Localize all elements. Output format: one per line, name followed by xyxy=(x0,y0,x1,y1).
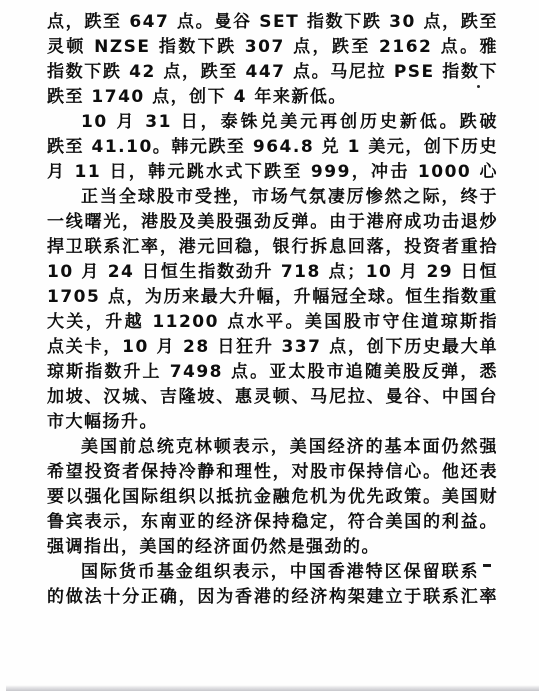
scan-edge-shadow xyxy=(6,685,539,691)
text-line: 加坡、汉城、吉隆坡、惠灵顿、马尼拉、曼谷、中国台北等地股 xyxy=(47,385,498,410)
degraded-character: 汇 xyxy=(480,560,499,585)
text-line: 的做法十分正确，因为香港的经济构架建立于联系汇率之 xyxy=(47,585,498,610)
text-line: 市大幅扬升。 xyxy=(47,410,498,435)
scanned-book-page: 点，跌至 647 点。曼谷 SET 指数下跌 30 点，跌至 460 点。惠 灵… xyxy=(0,0,539,691)
text-line: 指数下跌 42 点，跌至 447 点。马尼拉 PSE 指数下跌 117 点， xyxy=(47,60,498,85)
text-line: 10 月 24 日恒生指数劲升 718 点；10 月 29 日恒生指数劲升 xyxy=(47,260,498,285)
text-line: 一线曙光，港股及美股强劲反弹。由于港府成功击退炒家， xyxy=(47,210,498,235)
body-text: 点，跌至 647 点。曼谷 SET 指数下跌 30 点，跌至 460 点。惠 灵… xyxy=(47,10,498,610)
text-line: 美国前总统克林顿表示，美国经济的基本面仍然强劲， xyxy=(47,435,498,460)
text-line: 鲁宾表示，东南亚的经济保持稳定，符合美国的利益。他还 xyxy=(47,510,498,535)
text-line: 1705 点，为历来最大升幅，升幅冠全球。恒生指数重上万点 xyxy=(47,285,498,310)
text-line: 跌至 1740 点，创下 4 年来新低。 xyxy=(47,85,498,110)
ink-speck-artifact xyxy=(477,85,480,88)
text-line: 琼斯指数升上 7498 点。亚太股市追随美股反弹，悉尼、新 xyxy=(47,360,498,385)
text-line: 正当全球股市受挫，市场气氛凄厉惨然之际，终于露出 xyxy=(47,185,498,210)
text-line-degraded-print: 国际货币基金组织表示，中国香港特区保留联系汇率 xyxy=(47,560,498,585)
text-line: 月 11 日，韩元跳水式下跌至 999，冲击 1000 心理防线。 xyxy=(47,160,498,185)
text-line: 跌至 41.10。韩元跌至 964.8 兑 1 美元，创下历史新低。11 xyxy=(47,135,498,160)
text-line: 强调指出，美国的经济面仍然是强劲的。 xyxy=(47,535,498,560)
text-line: 捍卫联系汇率，港元回稳，银行拆息回落，投资者重拾信心， xyxy=(47,235,498,260)
text-line: 希望投资者保持冷静和理性，对股市保持信心。他还表示， xyxy=(47,460,498,485)
text-line: 灵顿 NZSE 指数下跌 307 点，跌至 2162 点。雅加达 JSX 综合 xyxy=(47,35,498,60)
text-line: 要以强化国际组织以抵抗金融危机为优先政策。美国财长 xyxy=(47,485,498,510)
text-line: 10 月 31 日，泰铢兑美元再创历史新低。跌破 40 关卡， xyxy=(47,110,498,135)
text-line: 大关，升越 11200 点水平。美国股市守住道琼斯指数 7000 xyxy=(47,310,498,335)
text-segment: 国际货币基金组织表示，中国香港特区保留联系 xyxy=(81,562,480,582)
text-line: 点，跌至 647 点。曼谷 SET 指数下跌 30 点，跌至 460 点。惠 xyxy=(47,10,498,35)
text-line: 点关卡，10 月 28 日狂升 337 点，创下历史最大单日升幅，道 xyxy=(47,335,498,360)
